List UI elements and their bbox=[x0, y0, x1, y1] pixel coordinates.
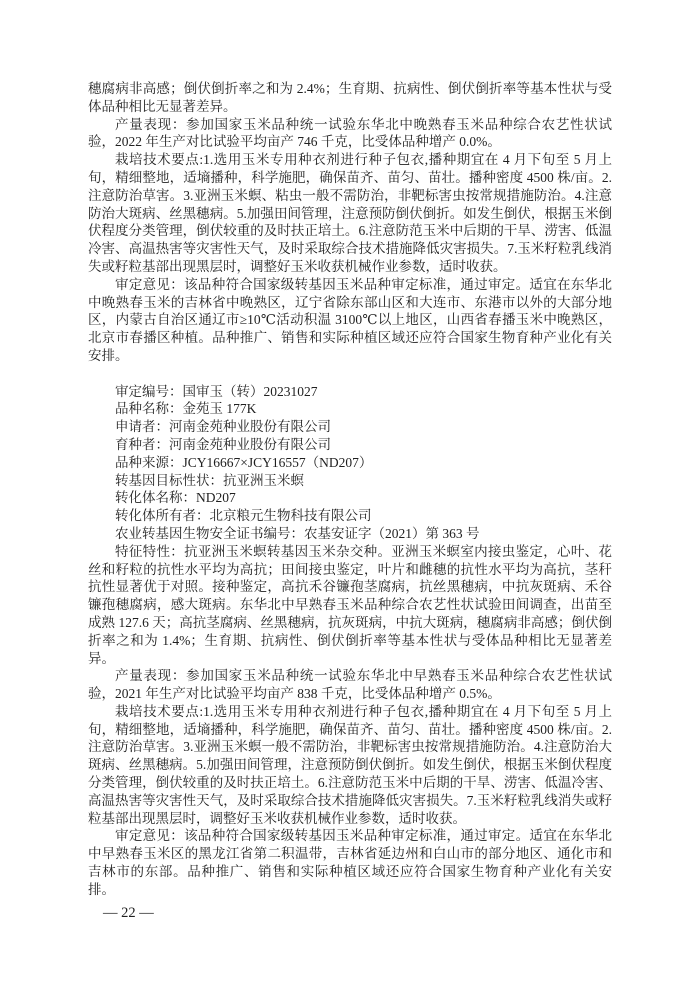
line-transformant-name: 转化体名称：ND207 bbox=[88, 489, 612, 507]
line-transformant-owner: 转化体所有者：北京粮元生物科技有限公司 bbox=[88, 507, 612, 525]
line-breeder: 育种者：河南金苑种业股份有限公司 bbox=[88, 436, 612, 454]
paragraph-yield-performance-1: 产量表现：参加国家玉米品种统一试验东华北中晚熟春玉米品种综合农艺性状试验，202… bbox=[88, 116, 612, 152]
paragraph-cultivation-points-1: 栽培技术要点:1.选用玉米专用种衣剂进行种子包衣,播种期宜在 4 月下旬至 5 … bbox=[88, 151, 612, 276]
paragraph-approval-opinion-1: 审定意见：该品种符合国家级转基因玉米品种审定标准，通过审定。适宜在东华北中晚熟春… bbox=[88, 276, 612, 365]
paragraph-traits-2: 特征特性：抗亚洲玉米螟转基因玉米杂交种。亚洲玉米螟室内接虫鉴定，心叶、花丝和籽粒… bbox=[88, 543, 612, 668]
paragraph-approval-opinion-2: 审定意见：该品种符合国家级转基因玉米品种审定标准，通过审定。适宜在东华北中早熟春… bbox=[88, 827, 612, 898]
paragraph-cultivation-points-2: 栽培技术要点:1.选用玉米专用种衣剂进行种子包衣,播种期宜在 4 月下旬至 5 … bbox=[88, 703, 612, 828]
document-body: 穗腐病非高感；倒伏倒折率之和为 2.4%；生育期、抗病性、倒伏倒折率等基本性状与… bbox=[88, 80, 612, 899]
line-variety-source: 品种来源：JCY16667×JCY16557（ND207） bbox=[88, 454, 612, 472]
line-variety-name: 品种名称：金苑玉 177K bbox=[88, 400, 612, 418]
line-biosafety-certificate: 农业转基因生物安全证书编号：农基安证字（2021）第 363 号 bbox=[88, 525, 612, 543]
document-page: 穗腐病非高感；倒伏倒折率之和为 2.4%；生育期、抗病性、倒伏倒折率等基本性状与… bbox=[0, 0, 700, 990]
line-gm-target-trait: 转基因目标性状：抗亚洲玉米螟 bbox=[88, 472, 612, 490]
paragraph-yield-performance-2: 产量表现：参加国家玉米品种统一试验东华北中早熟春玉米品种综合农艺性状试验，202… bbox=[88, 667, 612, 703]
page-number: — 22 — bbox=[103, 905, 154, 922]
line-approval-number: 审定编号：国审玉（转）20231027 bbox=[88, 383, 612, 401]
paragraph-traits-continued: 穗腐病非高感；倒伏倒折率之和为 2.4%；生育期、抗病性、倒伏倒折率等基本性状与… bbox=[88, 80, 612, 116]
line-applicant: 申请者：河南金苑种业股份有限公司 bbox=[88, 418, 612, 436]
